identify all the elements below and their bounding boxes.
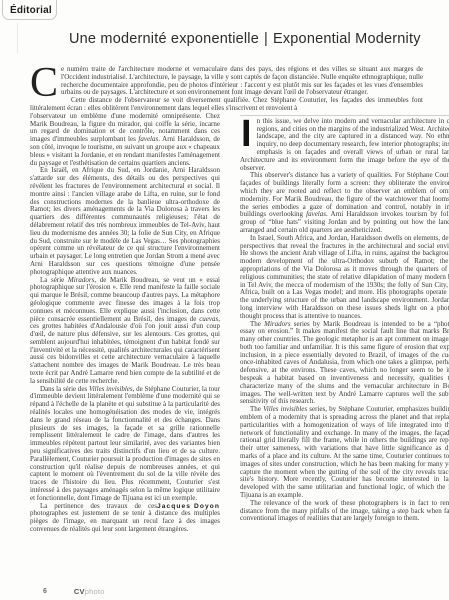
editorial-tab-label: Éditorial bbox=[10, 5, 52, 16]
cvphoto-logo: CVphoto bbox=[74, 587, 105, 596]
english-paragraphs: This observer's distance has a variety o… bbox=[240, 172, 449, 523]
article-body: Ce numéro traite de l'architecture moder… bbox=[30, 66, 449, 534]
paragraph: The relevance of the work of these photo… bbox=[240, 500, 449, 523]
french-paragraph-1-text: e numéro traite de l'architecture modern… bbox=[61, 65, 423, 96]
french-paragraph-2-wide: Cette distance de l'observateur se voit … bbox=[30, 97, 423, 113]
english-column: In this issue, we delve into modern and … bbox=[240, 115, 449, 523]
english-paragraph-1-text: n this issue, we delve into modern and v… bbox=[240, 117, 449, 172]
paragraph: In Israel, South Africa, and Jordan, Har… bbox=[240, 235, 449, 321]
cvphoto-logo-bold: CV bbox=[74, 587, 85, 596]
page-footer: 6 CVphoto bbox=[30, 586, 140, 596]
page-fold-line bbox=[17, 23, 18, 53]
page-title-french: Une modernité exponentielle bbox=[69, 31, 259, 47]
paragraph: The Villes invisibles series, by Stéphan… bbox=[240, 406, 449, 500]
editorial-tab: Éditorial bbox=[2, 0, 57, 20]
paragraph: This observer's distance has a variety o… bbox=[240, 172, 449, 234]
page-number: 6 bbox=[43, 588, 47, 595]
paragraph: The Miradors series by Marik Boudreau is… bbox=[240, 321, 449, 407]
english-column-inner: In this issue, we delve into modern and … bbox=[240, 118, 449, 523]
page-title: Une modernité exponentielle|Exponential … bbox=[69, 31, 421, 47]
dropcap-i: I bbox=[241, 119, 252, 150]
french-paragraph-1: Ce numéro traite de l'architecture moder… bbox=[30, 66, 423, 97]
dropcap-c: C bbox=[30, 67, 58, 100]
page-title-english: Exponential Modernity bbox=[273, 31, 421, 47]
english-paragraph-1: In this issue, we delve into modern and … bbox=[240, 118, 449, 173]
cvphoto-logo-light: photo bbox=[85, 587, 105, 596]
magazine-page: Éditorial Une modernité exponentielle|Ex… bbox=[0, 0, 449, 600]
page-title-separator: | bbox=[259, 31, 273, 47]
